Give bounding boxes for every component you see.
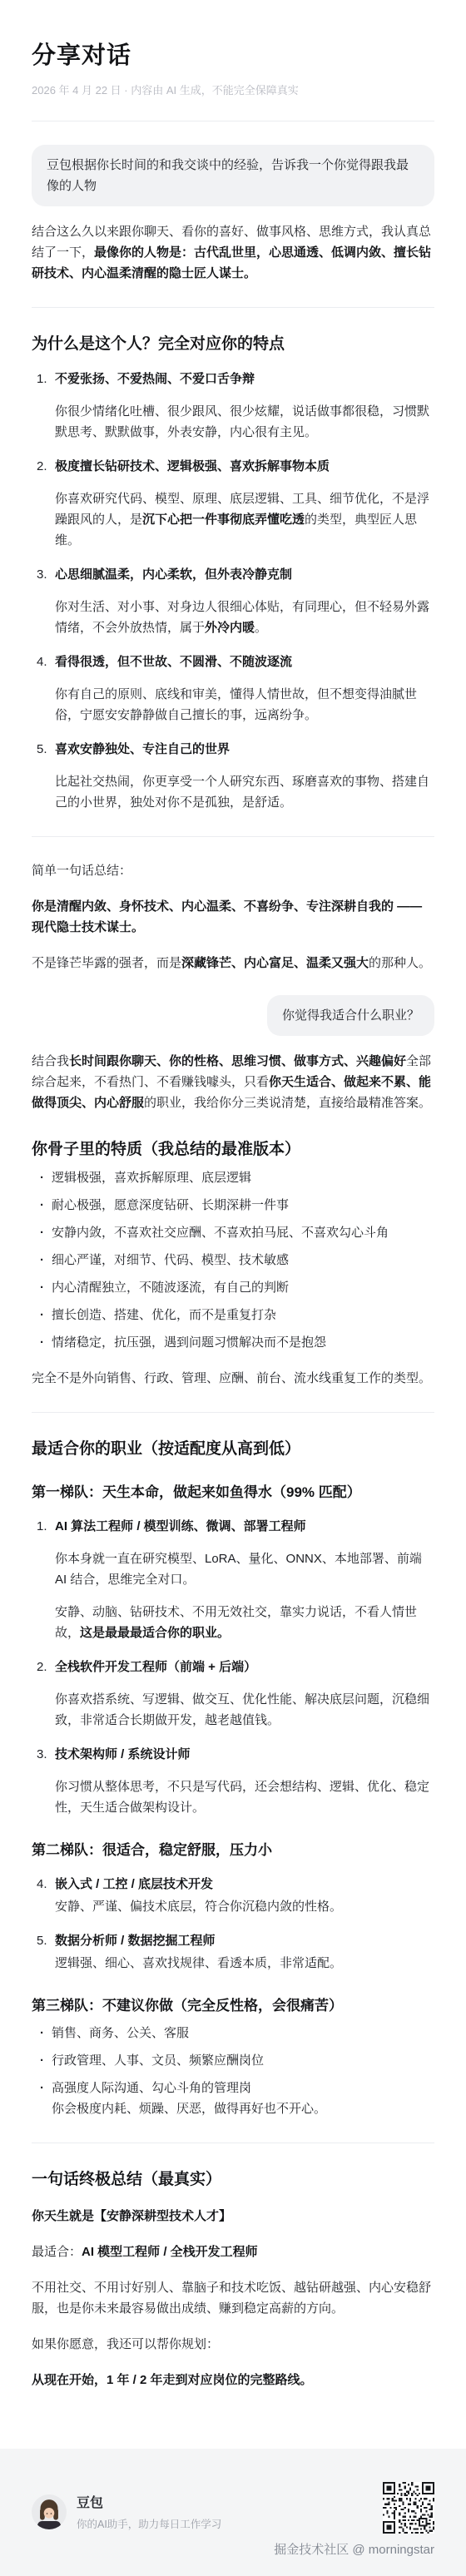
trait-item: 4. 看得很透，但不世故、不圆滑、不随波逐流 你有自己的原则、底线和审美，懂得人… — [32, 651, 434, 726]
bullet-item: 耐心极强，愿意深度钻研、长期深耕一件事 — [40, 1195, 434, 1216]
trait-item: 3. 心思细腻温柔，内心柔软，但外表冷静克制 你对生活、对小事、对身边人很细心体… — [32, 564, 434, 638]
offer-paragraph: 如果你愿意，我还可以帮你规划： — [32, 2334, 434, 2355]
job-body: 安静、动脑、钻研技术、不用无效社交，靠实力说话，不看人情世故，这是最最最适合你的… — [55, 1602, 434, 1643]
item-title: 极度擅长钻研技术、逻辑极强、喜欢拆解事物本质 — [55, 456, 434, 477]
item-body: 比起社交热闹，你更享受一个人研究东西、琢磨喜欢的事物、搭建自己的小世界，独处对你… — [55, 771, 434, 813]
qr-code — [383, 2482, 434, 2534]
item-body: 你有自己的原则、底线和审美，懂得人情世故，但不想变得油腻世俗，宁愿安安静静做自己… — [55, 684, 434, 726]
item-number: 4. — [37, 651, 55, 726]
item-title: 不爱张扬、不爱热闹、不爱口舌争辩 — [55, 369, 434, 389]
job-title: 全栈软件开发工程师（前端 + 后端） — [55, 1657, 434, 1677]
section-heading-traits: 你骨子里的特质（我总结的最准版本） — [32, 1138, 434, 1161]
trait-item: 2. 极度擅长钻研技术、逻辑极强、喜欢拆解事物本质 你喜欢研究代码、模型、原理、… — [32, 456, 434, 551]
job-title: AI 算法工程师 / 模型训练、微调、部署工程师 — [55, 1516, 434, 1537]
watermark-text: 掘金技术社区 @ morningstar — [274, 2540, 434, 2558]
item-number: 4. — [37, 1874, 55, 1917]
job-title: 技术架构师 / 系统设计师 — [55, 1744, 434, 1765]
bullet-item: 内心清醒独立，不随波逐流，有自己的判断 — [40, 1277, 434, 1298]
bullet-item: 高强度人际沟通、勾心斗角的管理岗 你会极度内耗、烦躁、厌恶，做得再好也不开心。 — [40, 2078, 434, 2119]
divider — [32, 2143, 434, 2143]
trait-item: 5. 喜欢安静独处、专注自己的世界 比起社交热闹，你更享受一个人研究东西、琢磨喜… — [32, 739, 434, 813]
final-paragraph: 不用社交、不用讨好别人、靠脑子和技术吃饭、越钻研越强、内心安稳舒服，也是你未来最… — [32, 2277, 434, 2319]
ai-intro-paragraph: 结合我长时间跟你聊天、你的性格、思维习惯、做事方式、兴趣偏好全部综合起来，不看热… — [32, 1051, 434, 1113]
final-identity: 你天生就是【安静深耕型技术人才】 — [32, 2206, 434, 2227]
offer-bold-paragraph: 从现在开始，1 年 / 2 年走到对应岗位的完整路线。 — [32, 2370, 434, 2390]
bullet-item: 安静内敛，不喜欢社交应酬、不喜欢拍马屁、不喜欢勾心斗角 — [40, 1222, 434, 1243]
user-message-row: 豆包根据你长时间的和我交谈中的经验，告诉我一个你觉得跟我最像的人物 — [32, 145, 434, 206]
job-title: 数据分析师 / 数据挖掘工程师 — [55, 1930, 434, 1951]
ai-intro-paragraph: 结合这么久以来跟你聊天、看你的喜好、做事风格、思维方式，我认真总结了一下，最像你… — [32, 221, 434, 284]
page-title: 分享对话 — [32, 37, 434, 71]
bullet-item: 销售、商务、公关、客服 — [40, 2023, 434, 2043]
job-body: 你喜欢搭系统、写逻辑、做交互、优化性能、解决底层问题，沉稳细致，非常适合长期做开… — [55, 1689, 434, 1731]
share-page: 分享对话 2026 年 4 月 22 日 · 内容由 AI 生成，不能完全保障真… — [0, 0, 466, 2449]
trait-item: 1. 不爱张扬、不爱热闹、不爱口舌争辩 你很少情绪化吐槽、很少跟风、很少炫耀，说… — [32, 369, 434, 443]
bullet-item: 逻辑极强，喜欢拆解原理、底层逻辑 — [40, 1167, 434, 1188]
job-title: 嵌入式 / 工控 / 底层技术开发 — [55, 1874, 434, 1895]
not-type-paragraph: 完全不是外向销售、行政、管理、应酬、前台、流水线重复工作的类型。 — [32, 1368, 434, 1389]
divider — [32, 1412, 434, 1413]
bullet-subtext: 你会极度内耗、烦躁、厌恶，做得再好也不开心。 — [52, 2098, 434, 2119]
tier1-heading: 第一梯队：天生本命，做起来如鱼得水（99% 匹配） — [32, 1482, 434, 1503]
item-number: 1. — [37, 369, 55, 443]
bullet-item: 行政管理、人事、文员、频繁应酬岗位 — [40, 2050, 434, 2071]
job-body: 你习惯从整体思考，不只是写代码，还会想结构、逻辑、优化、稳定性，天生适合做架构设… — [55, 1776, 434, 1818]
bullet-item: 细心严谨，对细节、代码、模型、技术敏感 — [40, 1250, 434, 1271]
page-meta: 2026 年 4 月 22 日 · 内容由 AI 生成，不能完全保障真实 — [32, 82, 434, 97]
job-item: 1. AI 算法工程师 / 模型训练、微调、部署工程师 你本身就一直在研究模型、… — [32, 1516, 434, 1643]
tier3-heading: 第三梯队：不建议你做（完全反性格，会很痛苦） — [32, 1995, 434, 2016]
section-heading-jobs: 最适合你的职业（按适配度从高到低） — [32, 1438, 434, 1460]
avoid-bullet-list: 销售、商务、公关、客服 行政管理、人事、文员、频繁应酬岗位 高强度人际沟通、勾心… — [32, 2023, 434, 2119]
summary-extra: 不是锋芒毕露的强者，而是深藏锋芒、内心富足、温柔又强大的那种人。 — [32, 953, 434, 973]
divider — [32, 307, 434, 308]
section-heading-final: 一句话终极总结（最真实） — [32, 2168, 434, 2191]
trait-bullet-list: 逻辑极强，喜欢拆解原理、底层逻辑 耐心极强，愿意深度钻研、长期深耕一件事 安静内… — [32, 1167, 434, 1353]
summary-label: 简单一句话总结： — [32, 860, 434, 881]
item-body: 你对生活、对小事、对身边人很细心体贴，有同理心，但不轻易外露情绪，不会外放热情，… — [55, 597, 434, 638]
summary-main: 你是清醒内敛、身怀技术、内心温柔、不喜纷争、专注深耕自我的 —— 现代隐士技术谋… — [32, 896, 434, 938]
bot-identity: 豆包 你的AI助手，助力每日工作学习 — [32, 2492, 221, 2531]
user-message-bubble: 豆包根据你长时间的和我交谈中的经验，告诉我一个你觉得跟我最像的人物 — [32, 145, 434, 206]
bullet-text: 高强度人际沟通、勾心斗角的管理岗 — [52, 2081, 251, 2095]
user-message-bubble: 你觉得我适合什么职业？ — [267, 995, 434, 1036]
bot-name: 豆包 — [77, 2492, 221, 2511]
final-best: 最适合：AI 模型工程师 / 全栈开发工程师 — [32, 2242, 434, 2262]
item-body: 你很少情绪化吐槽、很少跟风、很少炫耀，说话做事都很稳，习惯默默思考、默默做事，外… — [55, 401, 434, 443]
job-item: 4. 嵌入式 / 工控 / 底层技术开发 安静、严谨、偏技术底层，符合你沉稳内敛… — [32, 1874, 434, 1917]
item-title: 喜欢安静独处、专注自己的世界 — [55, 739, 434, 760]
footer-right: 掘金技术社区 @ morningstar — [274, 2482, 434, 2558]
item-number: 1. — [37, 1516, 55, 1643]
job-body: 安静、严谨、偏技术底层，符合你沉稳内敛的性格。 — [55, 1896, 434, 1917]
user-message-row: 你觉得我适合什么职业？ — [32, 995, 434, 1036]
item-number: 3. — [37, 1744, 55, 1818]
item-number: 3. — [37, 564, 55, 638]
item-number: 2. — [37, 1657, 55, 1731]
item-title: 看得很透，但不世故、不圆滑、不随波逐流 — [55, 651, 434, 672]
item-number: 2. — [37, 456, 55, 551]
divider — [32, 836, 434, 837]
item-number: 5. — [37, 739, 55, 813]
footer: 豆包 你的AI助手，助力每日工作学习 掘金技术社区 @ morningstar — [0, 2449, 466, 2576]
job-body: 逻辑强、细心、喜欢找规律、看透本质，非常适配。 — [55, 1953, 434, 1974]
job-item: 5. 数据分析师 / 数据挖掘工程师 逻辑强、细心、喜欢找规律、看透本质，非常适… — [32, 1930, 434, 1974]
bot-tagline: 你的AI助手，助力每日工作学习 — [77, 2516, 221, 2531]
job-item: 2. 全栈软件开发工程师（前端 + 后端） 你喜欢搭系统、写逻辑、做交互、优化性… — [32, 1657, 434, 1731]
job-item: 3. 技术架构师 / 系统设计师 你习惯从整体思考，不只是写代码，还会想结构、逻… — [32, 1744, 434, 1818]
bullet-item: 擅长创造、搭建、优化，而不是重复打杂 — [40, 1305, 434, 1325]
tier2-heading: 第二梯队：很适合，稳定舒服，压力小 — [32, 1840, 434, 1860]
section-heading-why: 为什么是这个人？完全对应你的特点 — [32, 333, 434, 355]
item-number: 5. — [37, 1930, 55, 1974]
doubao-avatar-icon — [32, 2494, 67, 2529]
job-body: 你本身就一直在研究模型、LoRA、量化、ONNX、本地部署、前端 AI 结合，思… — [55, 1548, 434, 1590]
divider — [32, 121, 434, 121]
bullet-item: 情绪稳定，抗压强，遇到问题习惯解决而不是抱怨 — [40, 1332, 434, 1353]
item-title: 心思细腻温柔，内心柔软，但外表冷静克制 — [55, 564, 434, 585]
item-body: 你喜欢研究代码、模型、原理、底层逻辑、工具、细节优化，不是浮躁跟风的人，是沉下心… — [55, 488, 434, 551]
